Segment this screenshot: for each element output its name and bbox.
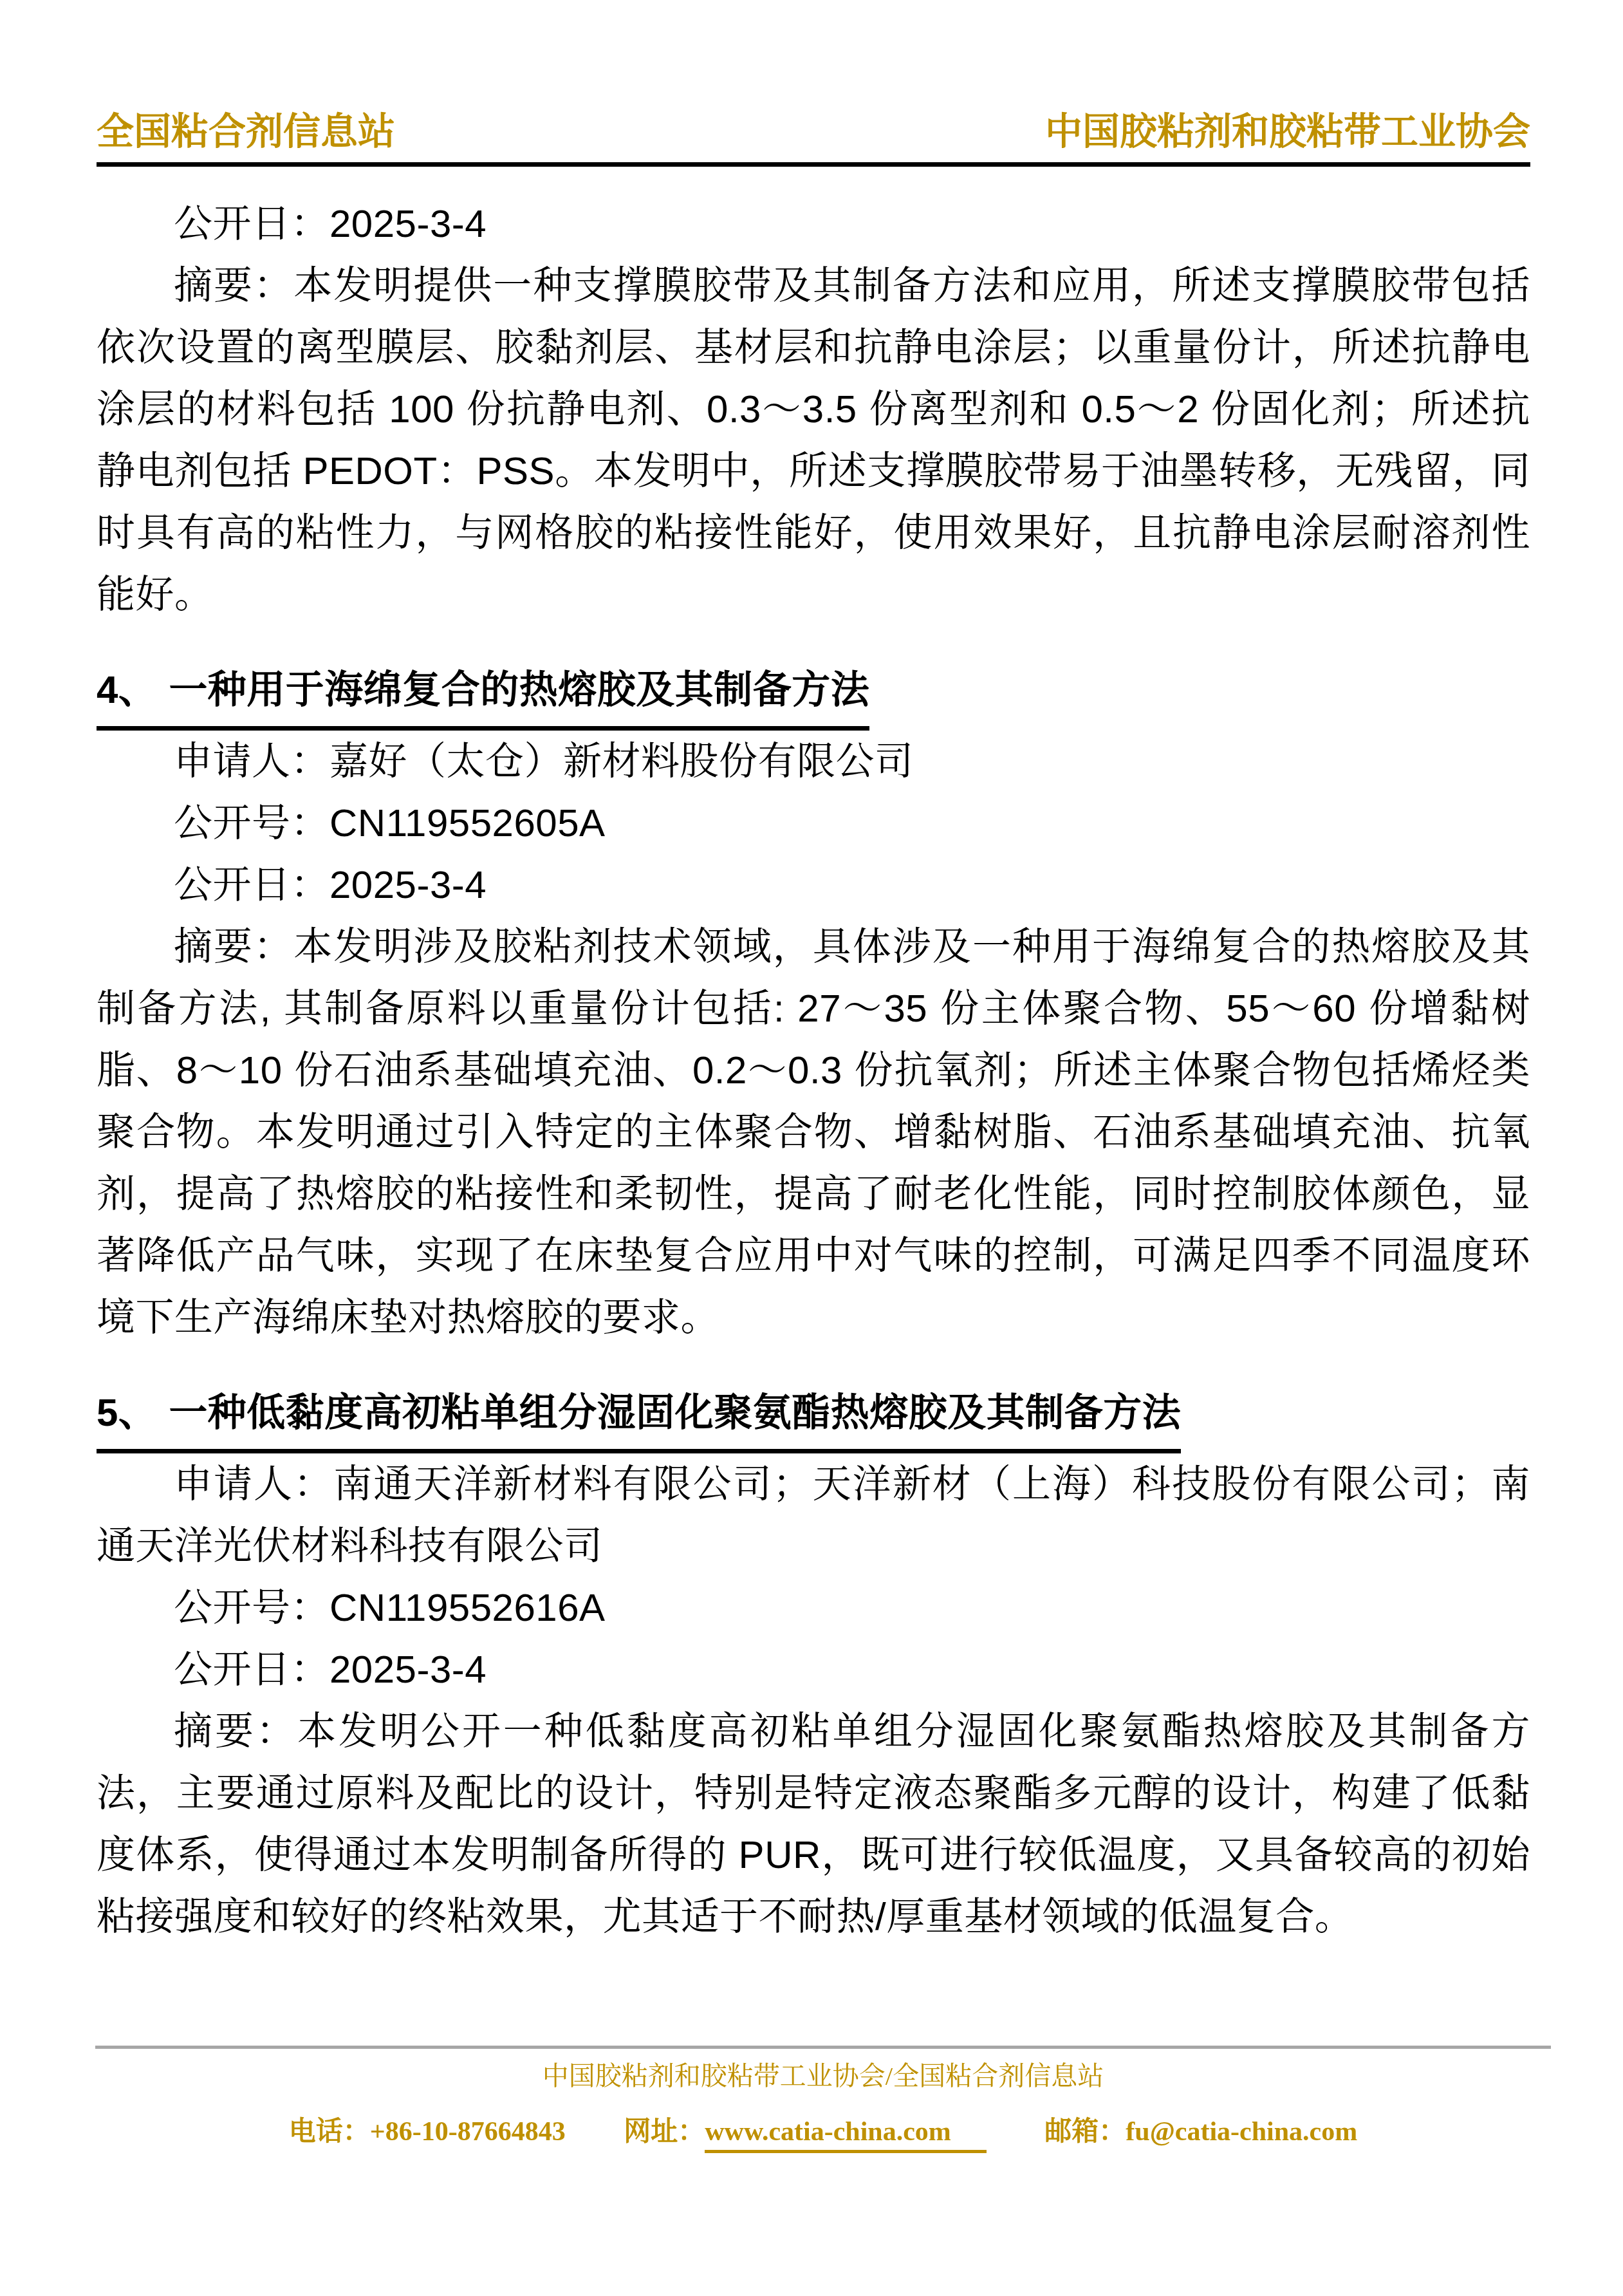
patent-4-heading: 4、一种用于海绵复合的热熔胶及其制备方法 (97, 659, 1530, 731)
patent-5-applicant-line: 申请人：南通天洋新材料有限公司；天洋新材（上海）科技股份有限公司；南通天洋光伏材… (97, 1453, 1530, 1577)
patent-5-heading: 5、一种低黏度高初粘单组分湿固化聚氨酯热熔胶及其制备方法 (97, 1382, 1530, 1453)
document-page: 全国粘合剂信息站 中国胶粘剂和胶粘带工业协会 公开日：2025-3-4 摘要：本… (0, 0, 1623, 2296)
patent-5-publication-date-line: 公开日：2025-3-4 (97, 1639, 1530, 1701)
publication-date-line: 公开日：2025-3-4 (97, 193, 1530, 255)
footer-phone: 电话：+86-10-87664843 (289, 2114, 566, 2149)
patent-4-abstract-paragraph: 摘要：本发明涉及胶粘剂技术领域，具体涉及一种用于海绵复合的热熔胶及其制备方法, … (97, 916, 1530, 1349)
patent-4-publication-number-line: 公开号：CN119552605A (97, 792, 1530, 854)
header-association-title: 中国胶粘剂和胶粘带工业协会 (1045, 108, 1530, 156)
footer-website-label: 网址： (624, 2117, 705, 2147)
patent-5-publication-number-line: 公开号：CN119552616A (97, 1577, 1530, 1639)
patent-4-heading-title: 一种用于海绵复合的热熔胶及其制备方法 (169, 668, 869, 711)
footer-email: 邮箱：fu@catia-china.com (1044, 2114, 1357, 2149)
abstract-paragraph: 摘要：本发明提供一种支撑膜胶带及其制备方法和应用，所述支撑膜胶带包括依次设置的离… (97, 255, 1530, 626)
patent-5-heading-underline: 5、一种低黏度高初粘单组分湿固化聚氨酯热熔胶及其制备方法 (97, 1382, 1181, 1453)
footer-rule (95, 2046, 1551, 2049)
footer-website-group: 网址：www.catia-china.com (624, 2114, 987, 2149)
patent-4-heading-underline: 4、一种用于海绵复合的热熔胶及其制备方法 (97, 659, 869, 731)
patent-4-publication-date-line: 公开日：2025-3-4 (97, 854, 1530, 916)
page-header: 全国粘合剂信息站 中国胶粘剂和胶粘带工业协会 (97, 108, 1530, 167)
patent-4-heading-number: 4、 (97, 668, 157, 711)
document-body: 公开日：2025-3-4 摘要：本发明提供一种支撑膜胶带及其制备方法和应用，所述… (97, 193, 1530, 1948)
patent-5-abstract-paragraph: 摘要：本发明公开一种低黏度高初粘单组分湿固化聚氨酯热熔胶及其制备方法，主要通过原… (97, 1701, 1530, 1948)
patent-4-applicant-line: 申请人：嘉好（太仓）新材料股份有限公司 (97, 731, 1530, 792)
footer-website-link[interactable]: www.catia-china.com (705, 2117, 987, 2153)
footer-org-line: 中国胶粘剂和胶粘带工业协会/全国粘合剂信息站 (95, 2059, 1551, 2093)
footer-contact-line: 电话：+86-10-87664843 网址：www.catia-china.co… (95, 2114, 1551, 2149)
patent-5-heading-title: 一种低黏度高初粘单组分湿固化聚氨酯热熔胶及其制备方法 (169, 1391, 1181, 1434)
patent-5-heading-number: 5、 (97, 1391, 157, 1434)
header-rule (97, 162, 1530, 167)
header-row: 全国粘合剂信息站 中国胶粘剂和胶粘带工业协会 (97, 108, 1530, 156)
header-site-title: 全国粘合剂信息站 (97, 108, 395, 156)
page-footer: 中国胶粘剂和胶粘带工业协会/全国粘合剂信息站 电话：+86-10-8766484… (95, 2046, 1551, 2149)
